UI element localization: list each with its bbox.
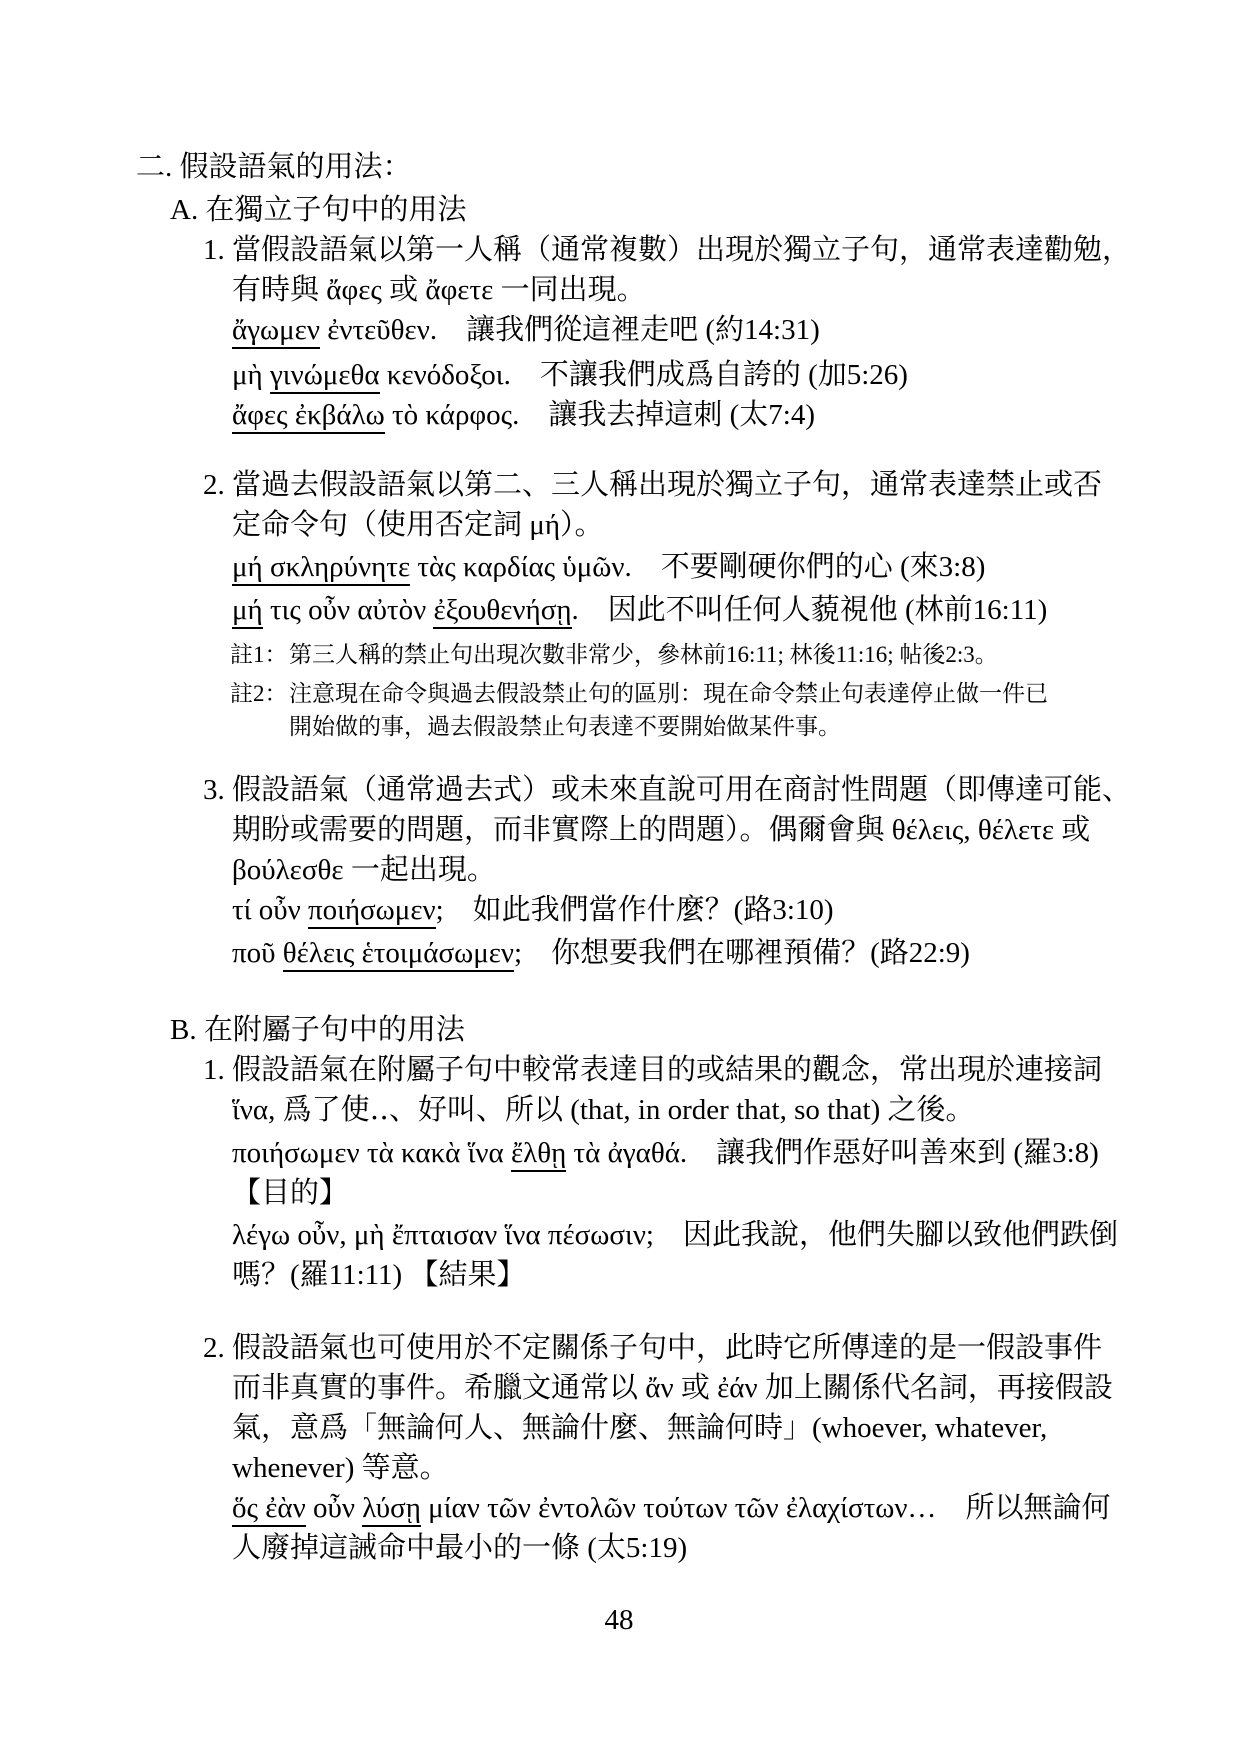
text-line: 【目的】: [232, 1173, 1238, 1213]
greek-segment: τὰ ἀγαθά.: [566, 1137, 687, 1169]
footnote-2: 註2：注意現在命令與過去假設禁止句的區別：現在命令禁止句表達停止做一件已開始做的…: [289, 677, 1238, 743]
text-segment: 因此不叫任何人藐視他 (林前16:11): [579, 594, 1048, 626]
text-line: ἄγωμεν ἐντεῦθεν. 讓我們從這裡走吧 (約14:31): [232, 310, 1238, 350]
text-segment: 如此我們當作什麼？(路3:10): [444, 894, 834, 926]
text-line: 當假設語氣以第一人稱（通常複數）出現於獨立子句，通常表達勸勉，: [232, 230, 1238, 270]
text-segment: 第三人稱的禁止句出現次數非常少，參林前16:11; 林後11:16; 帖後2:3…: [289, 642, 998, 667]
list-marker: 3.: [203, 770, 225, 810]
text-line: ὅς ἐὰν οὖν λύσῃ μίαν τῶν ἐντολῶν τούτων …: [232, 1488, 1238, 1528]
greek-example: τί οὖν ποιήσωμεν; 如此我們當作什麼？(路3:10): [232, 890, 1238, 930]
text-segment: 或: [382, 274, 426, 306]
text-line: ποῦ θέλεις ἑτοιμάσωμεν; 你想要我們在哪裡預備？(路22:…: [232, 933, 1238, 973]
text-segment: 注意現在命令與過去假設禁止句的區別：現在命令禁止句表達停止做一件已: [289, 681, 1048, 706]
greek-segment: ἄν: [645, 1372, 673, 1404]
greek-segment: θέλεις, θέλετε: [892, 814, 1054, 846]
greek-example: ἄγωμεν ἐντεῦθεν. 讓我們從這裡走吧 (約14:31): [232, 310, 1238, 350]
text-line: 定命令句（使用否定詞 μή）。: [232, 505, 1238, 545]
text-segment: whenever) 等意。: [232, 1452, 449, 1484]
list-marker: 註2：: [230, 677, 288, 710]
item-A1: 1.當假設語氣以第一人稱（通常複數）出現於獨立子句，通常表達勸勉，有時與 ἄφε…: [232, 230, 1238, 310]
text-segment: 爲了使‥、好叫、所以 (that, in order that, so that…: [275, 1094, 974, 1126]
document-body: 二. 假設語氣的用法：A. 在獨立子句中的用法1.當假設語氣以第一人稱（通常複數…: [0, 147, 1238, 1568]
text-line: μή σκληρύνητε τὰς καρδίας ὑμῶν. 不要剛硬你們的心…: [232, 547, 1238, 587]
subsection-heading-B: B. 在附屬子句中的用法: [170, 1010, 1238, 1050]
greek-segment: γινώμεθα: [270, 359, 380, 394]
text-line: 嗎？(羅11:11) 【結果】: [232, 1255, 1238, 1295]
greek-example: ὅς ἐὰν οὖν λύσῃ μίαν τῶν ἐντολῶν τούτων …: [232, 1488, 1238, 1568]
greek-segment: ἄφες: [326, 274, 382, 306]
greek-segment: ἐξουθενήσῃ: [433, 594, 571, 629]
greek-segment: ἵνα,: [232, 1094, 275, 1126]
text-segment: A. 在獨立子句中的用法: [170, 194, 466, 226]
section-heading-2: 二. 假設語氣的用法：: [136, 147, 1238, 187]
greek-segment: ;: [436, 894, 444, 926]
text-segment: 讓我去掉這刺 (太7:4): [519, 399, 815, 431]
text-line: A. 在獨立子句中的用法: [170, 190, 1238, 230]
text-segment: B. 在附屬子句中的用法: [170, 1014, 465, 1046]
greek-segment: ποιήσωμεν τὰ κακὰ ἵνα: [232, 1137, 511, 1169]
text-segment: 【目的】: [232, 1177, 348, 1209]
greek-segment: μή: [529, 509, 560, 541]
text-segment: 開始做的事，過去假設禁止句表達不要開始做某件事。: [289, 714, 841, 739]
text-segment: 定命令句（使用否定詞: [232, 509, 529, 541]
text-line: 開始做的事，過去假設禁止句表達不要開始做某件事。: [289, 710, 1238, 743]
text-segment: 嗎？(羅11:11) 【結果】: [232, 1259, 525, 1291]
text-segment: 當過去假設語氣以第二、三人稱出現於獨立子句，通常表達禁止或否: [232, 469, 1102, 501]
greek-segment: λύσῃ: [362, 1492, 421, 1527]
greek-segment: κενόδοξοι.: [380, 359, 511, 391]
greek-segment: μή σκληρύνητε: [232, 551, 410, 586]
greek-segment: μὴ: [232, 359, 270, 391]
text-segment: 不讓我們成爲自誇的 (加5:26): [511, 359, 908, 391]
text-line: 二. 假設語氣的用法：: [136, 147, 1238, 187]
item-B2: 2.假設語氣也可使用於不定關係子句中，此時它所傳達的是一假設事件而非真實的事件。…: [232, 1328, 1238, 1488]
text-line: 第三人稱的禁止句出現次數非常少，參林前16:11; 林後11:16; 帖後2:3…: [289, 638, 1238, 671]
greek-segment: μή: [232, 594, 263, 629]
greek-segment: ποῦ: [232, 937, 283, 969]
item-A2: 2.當過去假設語氣以第二、三人稱出現於獨立子句，通常表達禁止或否定命令句（使用否…: [232, 465, 1238, 545]
text-line: 當過去假設語氣以第二、三人稱出現於獨立子句，通常表達禁止或否: [232, 465, 1238, 505]
text-line: μὴ γινώμεθα κενόδοξοι. 不讓我們成爲自誇的 (加5:26): [232, 355, 1238, 395]
greek-segment: ὅς ἐὰν: [232, 1492, 306, 1527]
text-segment: 一同出現。: [493, 274, 645, 306]
greek-segment: θέλεις ἑτοιμάσωμεν: [283, 937, 514, 972]
text-line: μή τις οὖν αὐτὸν ἐξουθενήσῃ. 因此不叫任何人藐視他 …: [232, 590, 1238, 630]
list-marker: 1.: [203, 1050, 225, 1090]
greek-segment: τὰς καρδίας ὑμῶν.: [410, 551, 632, 583]
greek-example: μὴ γινώμεθα κενόδοξοι. 不讓我們成爲自誇的 (加5:26): [232, 355, 1238, 395]
document-page: 二. 假設語氣的用法：A. 在獨立子句中的用法1.當假設語氣以第一人稱（通常複數…: [0, 0, 1238, 1750]
text-line: βούλεσθε 一起出現。: [232, 850, 1238, 890]
greek-segment: ;: [514, 937, 522, 969]
greek-example: μή σκληρύνητε τὰς καρδίας ὑμῶν. 不要剛硬你們的心…: [232, 547, 1238, 587]
list-marker: 2.: [203, 1328, 225, 1368]
text-segment: 或: [674, 1372, 718, 1404]
greek-segment: οὖν: [306, 1492, 362, 1524]
text-segment: 你想要我們在哪裡預備？(路22:9): [522, 937, 970, 969]
greek-segment: ἐάν: [717, 1372, 757, 1404]
text-line: 期盼或需要的問題，而非實際上的問題）。偶爾會與 θέλεις, θέλετε 或: [232, 810, 1238, 850]
greek-example: μή τις οὖν αὐτὸν ἐξουθενήσῃ. 因此不叫任何人藐視他 …: [232, 590, 1238, 630]
greek-segment: ἄγωμεν: [232, 314, 320, 349]
text-line: 假設語氣也可使用於不定關係子句中，此時它所傳達的是一假設事件: [232, 1328, 1238, 1368]
text-line: ποιήσωμεν τὰ κακὰ ἵνα ἔλθῃ τὰ ἀγαθά. 讓我們…: [232, 1133, 1238, 1173]
text-segment: 假設語氣也可使用於不定關係子句中，此時它所傳達的是一假設事件: [232, 1332, 1102, 1364]
greek-segment: τις οὖν αὐτὸν: [263, 594, 434, 626]
text-line: τί οὖν ποιήσωμεν; 如此我們當作什麼？(路3:10): [232, 890, 1238, 930]
greek-example: ἄφες ἐκβάλω τὸ κάρφος. 讓我去掉這刺 (太7:4): [232, 395, 1238, 435]
greek-segment: ποιήσωμεν: [308, 894, 436, 929]
text-segment: 人廢掉這誡命中最小的一條 (太5:19): [232, 1532, 687, 1564]
greek-segment: ἔλθῃ: [511, 1137, 566, 1172]
text-segment: 假設語氣在附屬子句中較常表達目的或結果的觀念，常出現於連接詞: [232, 1054, 1102, 1086]
text-line: λέγω οὖν, μὴ ἔπταισαν ἵνα πέσωσιν; 因此我說，…: [232, 1215, 1238, 1255]
item-B1: 1.假設語氣在附屬子句中較常表達目的或結果的觀念，常出現於連接詞ἵνα, 爲了使…: [232, 1050, 1238, 1130]
text-segment: ）。: [560, 509, 604, 541]
list-marker: 2.: [203, 465, 225, 505]
text-line: 假設語氣（通常過去式）或未來直說可用在商討性問題（即傳達可能、: [232, 770, 1238, 810]
text-segment: 讓我們從這裡走吧 (約14:31): [437, 314, 820, 346]
text-segment: 一起出現。: [344, 854, 496, 886]
footnote-1: 註1：第三人稱的禁止句出現次數非常少，參林前16:11; 林後11:16; 帖後…: [289, 638, 1238, 671]
text-line: 人廢掉這誡命中最小的一條 (太5:19): [232, 1528, 1238, 1568]
text-segment: 二. 假設語氣的用法：: [136, 151, 412, 183]
text-segment: 而非真實的事件。希臘文通常以: [232, 1372, 645, 1404]
text-segment: 假設語氣（通常過去式）或未來直說可用在商討性問題（即傳達可能、: [232, 774, 1131, 806]
item-A3: 3.假設語氣（通常過去式）或未來直說可用在商討性問題（即傳達可能、期盼或需要的問…: [232, 770, 1238, 890]
greek-segment: .: [572, 594, 579, 626]
greek-segment: τὸ κάρφος.: [385, 399, 520, 431]
text-line: 氣，意爲「無論何人、無論什麼、無論何時」(whoever, whatever,: [232, 1408, 1238, 1448]
text-segment: 因此我說，他們失腳以致他們跌倒: [654, 1219, 1118, 1251]
text-line: 注意現在命令與過去假設禁止句的區別：現在命令禁止句表達停止做一件已: [289, 677, 1238, 710]
greek-segment: βούλεσθε: [232, 854, 344, 886]
text-segment: 或: [1054, 814, 1090, 846]
text-segment: 氣，意爲「無論何人、無論什麼、無論何時」(whoever, whatever,: [232, 1412, 1047, 1444]
text-segment: 所以無論何: [936, 1492, 1110, 1524]
text-line: B. 在附屬子句中的用法: [170, 1010, 1238, 1050]
text-line: ἄφες ἐκβάλω τὸ κάρφος. 讓我去掉這刺 (太7:4): [232, 395, 1238, 435]
list-marker: 1.: [203, 230, 225, 270]
text-line: ἵνα, 爲了使‥、好叫、所以 (that, in order that, so…: [232, 1090, 1238, 1130]
text-segment: 當假設語氣以第一人稱（通常複數）出現於獨立子句，通常表達勸勉，: [232, 234, 1131, 266]
text-line: 假設語氣在附屬子句中較常表達目的或結果的觀念，常出現於連接詞: [232, 1050, 1238, 1090]
page-number: 48: [0, 1600, 1238, 1640]
greek-segment: μίαν τῶν ἐντολῶν τούτων τῶν ἐλαχίστων…: [421, 1492, 937, 1524]
greek-example: ποῦ θέλεις ἑτοιμάσωμεν; 你想要我們在哪裡預備？(路22:…: [232, 933, 1238, 973]
text-line: 而非真實的事件。希臘文通常以 ἄν 或 ἐάν 加上關係代名詞，再接假設: [232, 1368, 1238, 1408]
text-line: 有時與 ἄφες 或 ἄφετε 一同出現。: [232, 270, 1238, 310]
list-marker: 註1：: [230, 638, 288, 671]
greek-segment: ἄφες ἐκβάλω: [232, 399, 385, 434]
greek-example: ποιήσωμεν τὰ κακὰ ἵνα ἔλθῃ τὰ ἀγαθά. 讓我們…: [232, 1133, 1238, 1213]
greek-segment: τί οὖν: [232, 894, 308, 926]
text-segment: 有時與: [232, 274, 326, 306]
text-segment: 加上關係代名詞，再接假設: [758, 1372, 1113, 1404]
text-segment: 期盼或需要的問題，而非實際上的問題）。偶爾會與: [232, 814, 892, 846]
greek-example: λέγω οὖν, μὴ ἔπταισαν ἵνα πέσωσιν; 因此我說，…: [232, 1215, 1238, 1295]
text-line: whenever) 等意。: [232, 1448, 1238, 1488]
greek-segment: λέγω οὖν, μὴ ἔπταισαν ἵνα πέσωσιν;: [232, 1219, 654, 1251]
subsection-heading-A: A. 在獨立子句中的用法: [170, 190, 1238, 230]
greek-segment: ἄφετε: [425, 274, 493, 306]
greek-segment: ἐντεῦθεν.: [320, 314, 437, 346]
text-segment: 讓我們作惡好叫善來到 (羅3:8): [687, 1137, 1099, 1169]
text-segment: 不要剛硬你們的心 (來3:8): [632, 551, 986, 583]
